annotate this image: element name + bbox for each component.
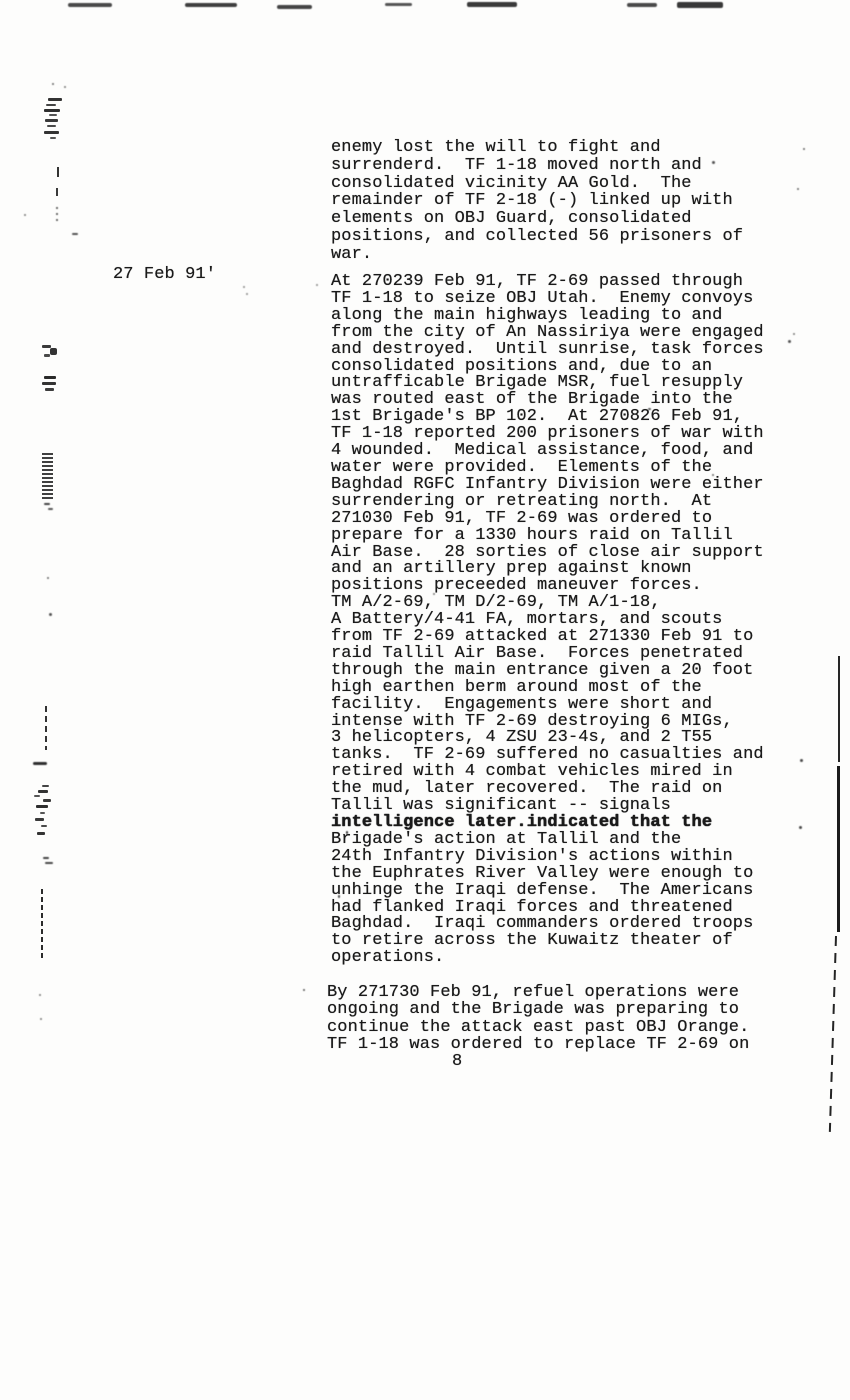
body-paragraph-2: At 270239 Feb 91, TF 2-69 passed through…	[331, 274, 764, 967]
scanned-document-page: enemy lost the will to fight and surrend…	[0, 0, 850, 1400]
body-paragraph-3: By 271730 Feb 91, refuel operations were…	[327, 984, 749, 1054]
date-label: 27 Feb 91'	[113, 266, 216, 283]
paragraph-2-text-a: At 270239 Feb 91, TF 2-69 passed through…	[331, 272, 764, 815]
page-number: 8	[452, 1052, 462, 1071]
paragraph-2-text-b: Brigade's action at Tallil and the 24th …	[331, 830, 753, 967]
body-paragraph-1: enemy lost the will to fight and surrend…	[331, 139, 743, 264]
